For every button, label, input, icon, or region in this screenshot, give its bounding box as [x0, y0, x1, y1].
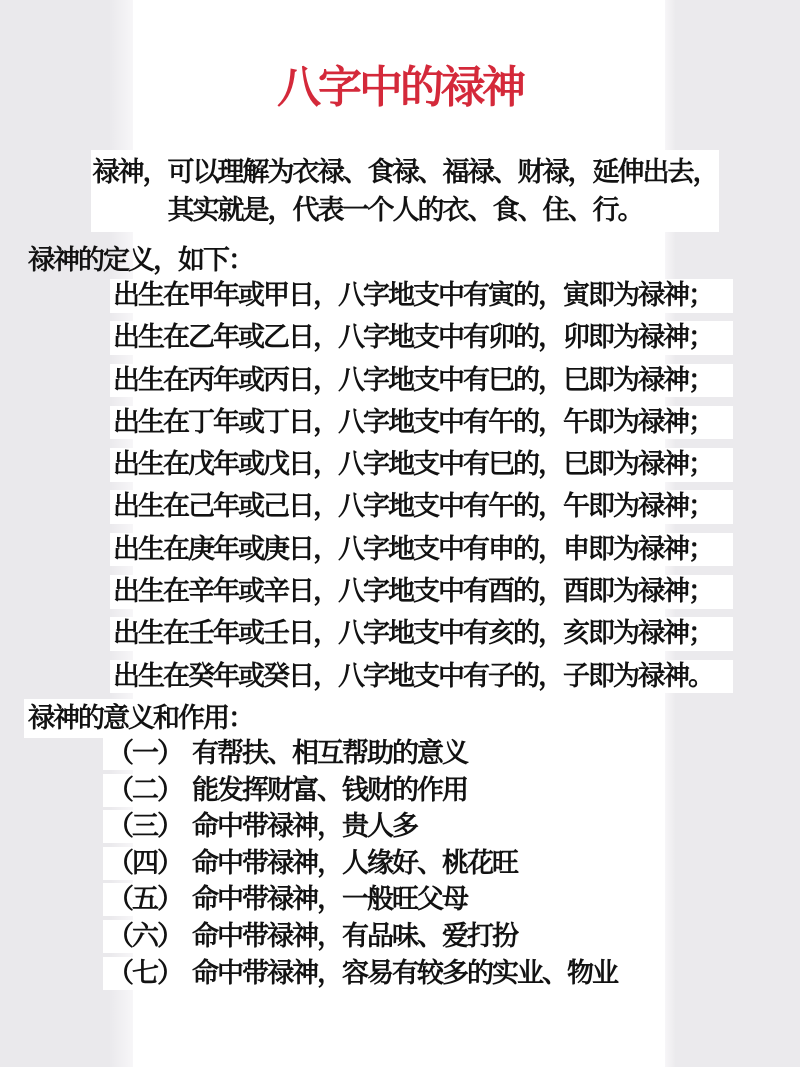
- definition-line: 出生在甲年或甲日，八字地支中有寅的，寅即为禄神；: [110, 279, 733, 321]
- meaning-item-strip: （四）命中带禄神，人缘好、桃花旺: [103, 847, 531, 880]
- meaning-item-strip: （六）命中带禄神，有品味、爱打扮: [103, 920, 531, 953]
- meaning-item-number: （四）: [107, 848, 182, 878]
- meaning-item-text: 有帮扶、相互帮助的意义: [192, 738, 467, 768]
- definition-line: 出生在癸年或癸日，八字地支中有子的，子即为禄神。: [110, 660, 733, 702]
- definition-list: 出生在甲年或甲日，八字地支中有寅的，寅即为禄神；出生在乙年或乙日，八字地支中有卯…: [110, 279, 733, 702]
- meaning-item-number: （三）: [107, 811, 182, 841]
- document-page: 八字中的禄神 禄神，可以理解为衣禄、食禄、福禄、财禄，延伸出去， 其实就是，代表…: [0, 0, 800, 1067]
- definition-line-text: 出生在癸年或癸日，八字地支中有子的，子即为禄神。: [110, 660, 733, 694]
- meaning-item: （五）命中带禄神，一般旺父母: [103, 883, 631, 920]
- meaning-item-strip: （一）有帮扶、相互帮助的意义: [103, 737, 481, 770]
- intro-line-2: 其实就是，代表一个人的衣、食、住、行。: [91, 192, 719, 230]
- definition-line-text: 出生在戊年或戊日，八字地支中有巳的，巳即为禄神；: [110, 448, 733, 482]
- definition-line-text: 出生在壬年或壬日，八字地支中有亥的，亥即为禄神；: [110, 617, 733, 651]
- definition-line-text: 出生在辛年或辛日，八字地支中有酉的，酉即为禄神；: [110, 575, 733, 609]
- definition-line: 出生在己年或己日，八字地支中有午的，午即为禄神；: [110, 490, 733, 532]
- meaning-item: （一）有帮扶、相互帮助的意义: [103, 737, 631, 774]
- definition-line-text: 出生在甲年或甲日，八字地支中有寅的，寅即为禄神；: [110, 279, 733, 313]
- meaning-item-text: 命中带禄神，人缘好、桃花旺: [192, 848, 517, 878]
- meaning-item-number: （六）: [107, 921, 182, 951]
- meaning-item-text: 命中带禄神，容易有较多的实业、物业: [192, 958, 617, 988]
- meaning-item-number: （二）: [107, 775, 182, 805]
- meaning-item-text: 命中带禄神，有品味、爱打扮: [192, 921, 517, 951]
- meaning-item-strip: （二）能发挥财富、钱财的作用: [103, 774, 481, 807]
- definition-line: 出生在丁年或丁日，八字地支中有午的，午即为禄神；: [110, 406, 733, 448]
- definition-line-text: 出生在己年或己日，八字地支中有午的，午即为禄神；: [110, 490, 733, 524]
- meaning-item: （三）命中带禄神，贵人多: [103, 810, 631, 847]
- meaning-item: （四）命中带禄神，人缘好、桃花旺: [103, 847, 631, 884]
- definition-heading: 禄神的定义，如下：: [28, 243, 253, 277]
- meaning-item-strip: （七）命中带禄神，容易有较多的实业、物业: [103, 957, 631, 990]
- definition-line-text: 出生在丁年或丁日，八字地支中有午的，午即为禄神；: [110, 406, 733, 440]
- meaning-item-text: 能发挥财富、钱财的作用: [192, 775, 467, 805]
- definition-line-text: 出生在庚年或庚日，八字地支中有申的，申即为禄神；: [110, 533, 733, 567]
- intro-paragraph: 禄神，可以理解为衣禄、食禄、福禄、财禄，延伸出去， 其实就是，代表一个人的衣、食…: [91, 150, 719, 232]
- meaning-item-number: （七）: [107, 958, 182, 988]
- meaning-item: （二）能发挥财富、钱财的作用: [103, 774, 631, 811]
- definition-line-text: 出生在乙年或乙日，八字地支中有卯的，卯即为禄神；: [110, 321, 733, 355]
- meaning-item-strip: （五）命中带禄神，一般旺父母: [103, 883, 481, 916]
- definition-line-text: 出生在丙年或丙日，八字地支中有巳的，巳即为禄神；: [110, 364, 733, 398]
- definition-line: 出生在辛年或辛日，八字地支中有酉的，酉即为禄神；: [110, 575, 733, 617]
- page-title: 八字中的禄神: [0, 56, 800, 120]
- definition-line: 出生在戊年或戊日，八字地支中有巳的，巳即为禄神；: [110, 448, 733, 490]
- meaning-item-number: （五）: [107, 884, 182, 914]
- intro-line-1: 禄神，可以理解为衣禄、食禄、福禄、财禄，延伸出去，: [91, 154, 719, 192]
- definition-line: 出生在丙年或丙日，八字地支中有巳的，巳即为禄神；: [110, 364, 733, 406]
- definition-line: 出生在壬年或壬日，八字地支中有亥的，亥即为禄神；: [110, 617, 733, 659]
- meaning-list: （一）有帮扶、相互帮助的意义（二）能发挥财富、钱财的作用（三）命中带禄神，贵人多…: [103, 737, 631, 993]
- meaning-item-strip: （三）命中带禄神，贵人多: [103, 810, 431, 843]
- definition-line: 出生在乙年或乙日，八字地支中有卯的，卯即为禄神；: [110, 321, 733, 363]
- meaning-item: （六）命中带禄神，有品味、爱打扮: [103, 920, 631, 957]
- meaning-heading-text: 禄神的意义和作用：: [24, 699, 267, 738]
- meaning-item-number: （一）: [107, 738, 182, 768]
- meaning-heading: 禄神的意义和作用：: [24, 699, 267, 738]
- meaning-item-text: 命中带禄神，贵人多: [192, 811, 417, 841]
- meaning-item-text: 命中带禄神，一般旺父母: [192, 884, 467, 914]
- definition-line: 出生在庚年或庚日，八字地支中有申的，申即为禄神；: [110, 533, 733, 575]
- meaning-item: （七）命中带禄神，容易有较多的实业、物业: [103, 957, 631, 994]
